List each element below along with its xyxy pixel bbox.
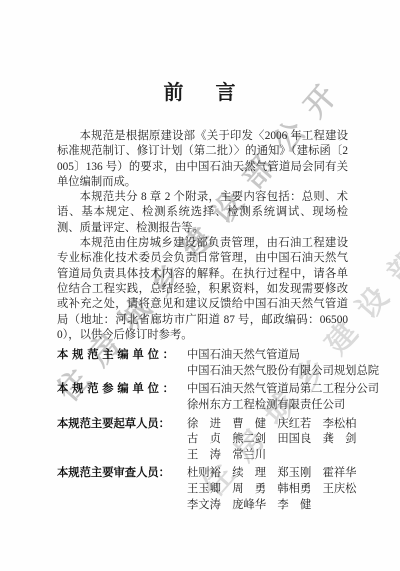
paragraph-management: 本规范由住房城乡建设部负责管理，由石油工程建设专业标准化技术委员会负责日常管理，… [57,236,348,343]
paragraph-basis: 本规范是根据原建设部《关于印发〈2006 年工程建设标准规范制订、修订计划（第二… [57,129,348,190]
credit-reviewers: 本规范主要审查人员： 杜则裕 续 理 郑玉刚 霍祥华 王玉卿 周 勇 韩相勇 王… [57,466,348,513]
page-content: 前 言 本规范是根据原建设部《关于印发〈2006 年工程建设标准规范制订、修订计… [57,76,348,513]
credit-line: 中国石油天然气管道局第二工程分公司 [187,382,379,398]
credit-label: 本规范参编单位： [57,382,187,413]
credit-line: 杜则裕 续 理 郑玉刚 霍祥华 [187,466,356,482]
credit-label: 本规范主要起草人员： [57,417,187,464]
credit-lines: 徐 进 曹 健 庆红若 李松柏 古 贞 熊二剑 田国良 龚 剑 王 涛 常兰川 [187,417,356,464]
credit-label: 本规范主编单位： [57,348,187,379]
credit-drafters: 本规范主要起草人员： 徐 进 曹 健 庆红若 李松柏 古 贞 熊二剑 田国良 龚… [57,417,348,464]
credits-section: 本规范主编单位： 中国石油天然气管道局 中国石油天然气股份有限公司规划总院 本规… [57,348,348,513]
credit-line: 王玉卿 周 勇 韩相勇 王庆松 [187,482,356,498]
credit-line: 王 涛 常兰川 [187,448,356,464]
credit-co-editor: 本规范参编单位： 中国石油天然气管道局第二工程分公司 徐州东方工程检测有限责任公… [57,382,348,413]
page-title: 前 言 [57,76,348,105]
credit-line: 徐州东方工程检测有限责任公司 [187,398,379,414]
credit-line: 李文涛 庞峰华 李 健 [187,498,356,514]
credit-label: 本规范主要审查人员： [57,466,187,513]
credit-lines: 杜则裕 续 理 郑玉刚 霍祥华 王玉卿 周 勇 韩相勇 王庆松 李文涛 庞峰华 … [187,466,356,513]
credit-line: 中国石油天然气管道局 [187,348,379,364]
credit-line: 中国石油天然气股份有限公司规划总院 [187,364,379,380]
scanned-document-page: 住房城乡建设部公开 住房城乡建设部公开 前 言 本规范是根据原建设部《关于印发〈… [0,0,400,571]
credit-lines: 中国石油天然气管道局第二工程分公司 徐州东方工程检测有限责任公司 [187,382,379,413]
credit-lines: 中国石油天然气管道局 中国石油天然气股份有限公司规划总院 [187,348,379,379]
credit-chief-editor: 本规范主编单位： 中国石油天然气管道局 中国石油天然气股份有限公司规划总院 [57,348,348,379]
paragraph-contents: 本规范共分 8 章 2 个附录，主要内容包括：总则、术语、基本规定、检测系统选择… [57,190,348,236]
credit-line: 古 贞 熊二剑 田国良 龚 剑 [187,432,356,448]
credit-line: 徐 进 曹 健 庆红若 李松柏 [187,417,356,433]
